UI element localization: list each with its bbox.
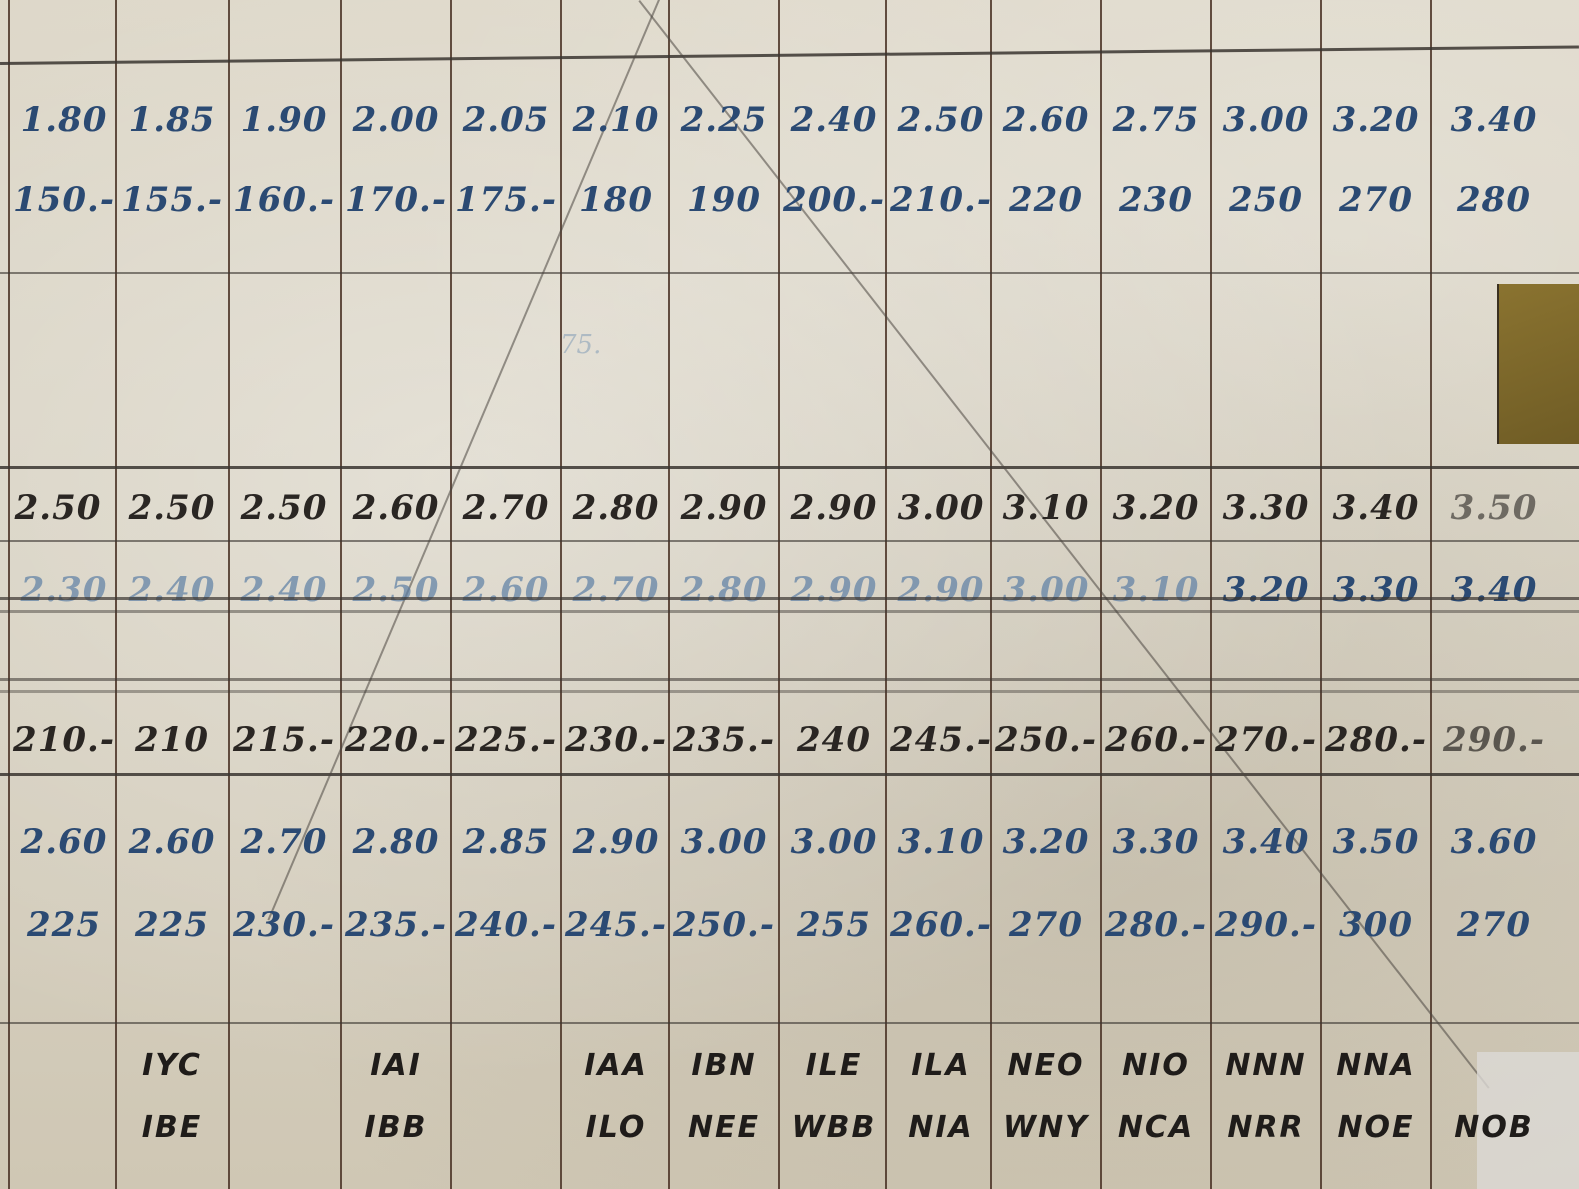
cell: 270	[1440, 905, 1548, 945]
cell: 2.80	[670, 570, 778, 610]
rule-thick	[0, 466, 1579, 469]
code-label: NIA	[887, 1110, 995, 1145]
cell: 3.10	[1102, 570, 1210, 610]
row-c: 2.50 2.50 2.50 2.60 2.70 2.80 2.90 2.90 …	[0, 488, 1579, 548]
cell: 2.80	[562, 488, 670, 528]
cell: 3.00	[887, 488, 995, 528]
cell: 3.00	[992, 570, 1100, 610]
cell: 2.70	[562, 570, 670, 610]
cell: 280	[1440, 180, 1548, 220]
code-label: NNN	[1212, 1048, 1320, 1083]
row-b: 150.- 155.- 160.- 170.- 175.- 180 190 20…	[0, 180, 1579, 240]
cell: 280.-	[1102, 905, 1210, 945]
cell: 2.50	[118, 488, 226, 528]
cell: 280.-	[1322, 720, 1430, 760]
cell: 190	[670, 180, 778, 220]
row-a: 1.80 1.85 1.90 2.00 2.05 2.10 2.25 2.40 …	[0, 100, 1579, 160]
cell: 200.-	[780, 180, 888, 220]
code-label: WBB	[780, 1110, 888, 1145]
cell: 3.20	[1102, 488, 1210, 528]
cell: 180	[562, 180, 670, 220]
cell: 220.-	[342, 720, 450, 760]
code-label: NCA	[1102, 1110, 1210, 1145]
cell: 3.00	[780, 822, 888, 862]
cell: 1.85	[118, 100, 226, 140]
cell: 3.20	[1212, 570, 1320, 610]
cell: 155.-	[118, 180, 226, 220]
cell: 3.30	[1322, 570, 1430, 610]
cell: 235.-	[670, 720, 778, 760]
codes-bottom-row: IBE IBB ILO NEE WBB NIA WNY NCA NRR NOE …	[0, 1110, 1579, 1170]
code-label: NRR	[1212, 1110, 1320, 1145]
code-label: ILA	[887, 1048, 995, 1083]
cell: 2.60	[452, 570, 560, 610]
cell: 290.-	[1212, 905, 1320, 945]
code-label: ILO	[562, 1110, 670, 1145]
code-label: NOE	[1322, 1110, 1430, 1145]
cell: 225	[10, 905, 118, 945]
cell: 240.-	[452, 905, 560, 945]
row-d-struck: 2.30 2.40 2.40 2.50 2.60 2.70 2.80 2.90 …	[0, 570, 1579, 630]
cell: 2.05	[452, 100, 560, 140]
cell: 2.25	[670, 100, 778, 140]
cell: 2.90	[780, 488, 888, 528]
cell: 215.-	[230, 720, 338, 760]
cell: 2.70	[230, 822, 338, 862]
cell: 3.40	[1440, 100, 1548, 140]
cell: 2.30	[10, 570, 118, 610]
cell: 2.00	[342, 100, 450, 140]
cell: 3.30	[1102, 822, 1210, 862]
cell: 2.60	[342, 488, 450, 528]
row-g: 2.60 2.60 2.70 2.80 2.85 2.90 3.00 3.00 …	[0, 822, 1579, 882]
strikethrough-line	[0, 597, 1579, 600]
cell: 2.80	[342, 822, 450, 862]
cell: 290.-	[1440, 720, 1548, 760]
rule	[0, 272, 1579, 274]
cell: 2.50	[887, 100, 995, 140]
cell: 2.90	[780, 570, 888, 610]
cell: 210	[118, 720, 226, 760]
code-label: NNA	[1322, 1048, 1430, 1083]
code-label: IAA	[562, 1048, 670, 1083]
cell: 3.10	[887, 822, 995, 862]
cell: 2.40	[230, 570, 338, 610]
cell: 245.-	[562, 905, 670, 945]
cell: 300	[1322, 905, 1430, 945]
cell: 3.30	[1212, 488, 1320, 528]
cell: 2.90	[670, 488, 778, 528]
cell: 260.-	[887, 905, 995, 945]
cell: 3.40	[1322, 488, 1430, 528]
cell: 2.70	[452, 488, 560, 528]
cell: 3.20	[1322, 100, 1430, 140]
rule	[0, 1022, 1579, 1024]
codes-top-row: IYC IAI IAA IBN ILE ILA NEO NIO NNN NNA	[0, 1048, 1579, 1108]
cell: 3.00	[1212, 100, 1320, 140]
cell: 2.50	[230, 488, 338, 528]
cell: 3.40	[1440, 570, 1548, 610]
cell: 235.-	[342, 905, 450, 945]
row-h: 225 225 230.- 235.- 240.- 245.- 250.- 25…	[0, 905, 1579, 965]
cell: 2.90	[887, 570, 995, 610]
cell: 270	[1322, 180, 1430, 220]
faint-note: 75.	[560, 330, 601, 360]
ochre-patch	[1497, 284, 1579, 444]
cell: 175.-	[452, 180, 560, 220]
code-label: NEE	[670, 1110, 778, 1145]
cell: 260.-	[1102, 720, 1210, 760]
cell: 1.90	[230, 100, 338, 140]
cell: 3.50	[1322, 822, 1430, 862]
cell: 245.-	[887, 720, 995, 760]
cell: 2.50	[4, 488, 112, 528]
strikethrough-line	[0, 678, 1579, 681]
cell: 2.50	[342, 570, 450, 610]
cell: 255	[780, 905, 888, 945]
cell: 2.40	[118, 570, 226, 610]
cell: 230.-	[562, 720, 670, 760]
code-label: IBN	[670, 1048, 778, 1083]
cell: 170.-	[342, 180, 450, 220]
cell: 3.60	[1440, 822, 1548, 862]
cell: 3.20	[992, 822, 1100, 862]
cell: 230	[1102, 180, 1210, 220]
cell: 2.60	[10, 822, 118, 862]
cell: 3.00	[670, 822, 778, 862]
cell: 2.60	[118, 822, 226, 862]
cell: 2.40	[780, 100, 888, 140]
cell: 3.40	[1212, 822, 1320, 862]
cell: 210.-	[887, 180, 995, 220]
cell: 250	[1212, 180, 1320, 220]
cell: 270.-	[1212, 720, 1320, 760]
cell: 1.80	[10, 100, 118, 140]
cell: 3.50	[1440, 488, 1548, 528]
strikethrough-line	[0, 690, 1579, 693]
code-label: ILE	[780, 1048, 888, 1083]
cell: 2.90	[562, 822, 670, 862]
cell: 210.-	[10, 720, 118, 760]
code-label: IAI	[342, 1048, 450, 1083]
cell: 225	[118, 905, 226, 945]
cell: 150.-	[10, 180, 118, 220]
code-label: IBE	[118, 1110, 226, 1145]
cell: 220	[992, 180, 1100, 220]
cell: 250.-	[670, 905, 778, 945]
cell: 230.-	[230, 905, 338, 945]
cell: 225.-	[452, 720, 560, 760]
cell: 2.60	[992, 100, 1100, 140]
code-label: WNY	[992, 1110, 1100, 1145]
code-label: NOB	[1440, 1110, 1548, 1145]
cell: 2.75	[1102, 100, 1210, 140]
code-label: NIO	[1102, 1048, 1210, 1083]
cell: 250.-	[992, 720, 1100, 760]
code-label: NEO	[992, 1048, 1100, 1083]
cell: 2.85	[452, 822, 560, 862]
cell: 240	[780, 720, 888, 760]
code-label: IYC	[118, 1048, 226, 1083]
cell: 2.10	[562, 100, 670, 140]
cell: 3.10	[992, 488, 1100, 528]
strikethrough-line	[0, 610, 1579, 613]
cell: 270	[992, 905, 1100, 945]
code-label: IBB	[342, 1110, 450, 1145]
row-f: 210.- 210 215.- 220.- 225.- 230.- 235.- …	[0, 720, 1579, 780]
cell: 160.-	[230, 180, 338, 220]
